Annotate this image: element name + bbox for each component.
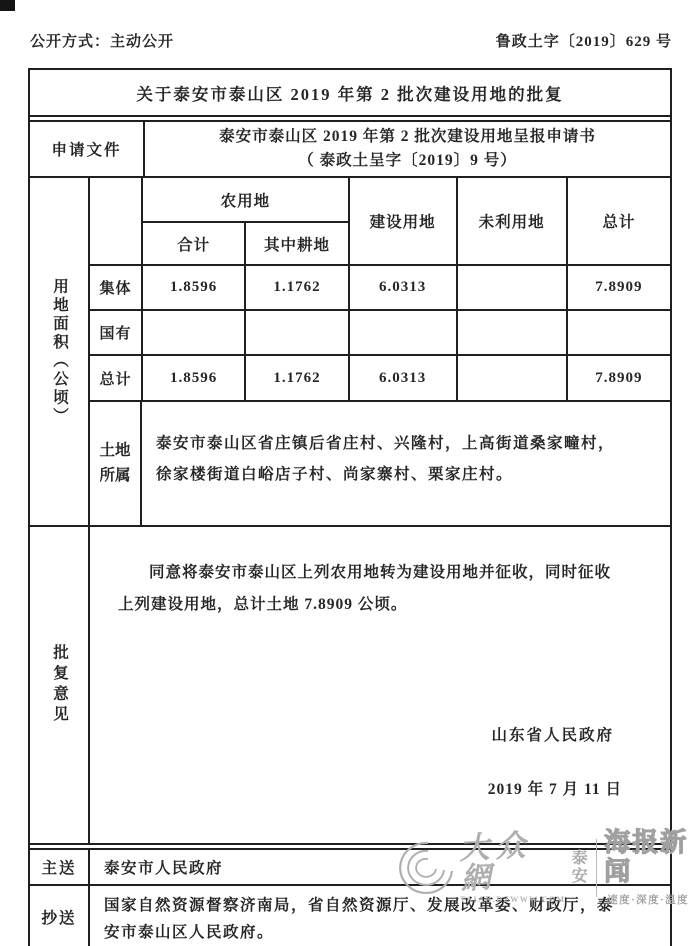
land-belonging-row: 土地所属 泰安市泰山区省庄镇后省庄村、兴隆村，上高街道桑家疃村， 徐家楼街道白峪… (90, 400, 670, 525)
approval-body: 同意将泰安市泰山区上列农用地转为建设用地并征收，同时征收 上列建设用地，总计土地… (118, 557, 628, 621)
dzwww-swirl-logo-icon (394, 837, 458, 899)
stats-header-row-1: 农用地 建设用地 未利用地 总计 (90, 178, 670, 222)
land-area-section-label: 用地面积（公顷） (48, 278, 70, 426)
watermark-city-vertical: 泰 安 (572, 850, 588, 887)
cell-total: 7.8909 (567, 265, 670, 310)
header-agri-total: 合计 (142, 222, 245, 265)
stats-row-total: 总计 1.8596 1.1762 6.0313 7.8909 (90, 355, 670, 400)
application-file-value: 泰安市泰山区 2019 年第 2 批次建设用地呈报申请书 （ 泰政土呈字〔201… (145, 122, 670, 176)
cell-agri-total (142, 310, 245, 355)
copy-recipient-line2: 安市泰山区人民政府。 (104, 919, 656, 946)
main-recipient-label: 主送 (30, 850, 90, 884)
land-belonging-value: 泰安市泰山区省庄镇后省庄村、兴隆村，上高街道桑家疃村， 徐家楼街道白峪店子村、尚… (142, 402, 670, 525)
approval-date: 2019 年 7 月 11 日 (118, 777, 628, 799)
publish-method-label: 公开方式：主动公开 (30, 30, 174, 51)
header-unused: 未利用地 (457, 178, 567, 265)
approval-document-table: 关于泰安市泰山区 2019 年第 2 批次建设用地的批复 申请文件 泰安市泰山区… (28, 68, 672, 946)
watermark-brand-name: 大众網 (459, 829, 568, 894)
approval-body-line2: 上列建设用地，总计土地 7.8909 公顷。 (118, 589, 628, 621)
watermark-brand-url: TAIAN.DZWWW.COM (460, 895, 566, 904)
land-area-section-label-cell: 用地面积（公顷） (30, 178, 90, 525)
stats-row-state-owned: 国有 (90, 310, 670, 355)
application-file-line1: 泰安市泰山区 2019 年第 2 批次建设用地呈报申请书 (219, 125, 596, 149)
row-label: 总计 (90, 355, 142, 400)
row-label: 集体 (90, 265, 142, 310)
watermark-brand-block: 大众網 TAIAN.DZWWW.COM (460, 832, 566, 904)
cell-construction: 6.0313 (349, 265, 457, 310)
copy-recipient-label: 抄送 (30, 886, 90, 946)
approval-opinion-content: 同意将泰安市泰山区上列农用地转为建设用地并征收，同时征收 上列建设用地，总计土地… (90, 527, 670, 843)
row-label: 国有 (90, 310, 142, 355)
watermark-divider (596, 839, 598, 897)
cell-agri-cultivated (245, 310, 348, 355)
land-belonging-line1: 泰安市泰山区省庄镇后省庄村、兴隆村，上高街道桑家疃村， (156, 428, 660, 459)
document-title: 关于泰安市泰山区 2019 年第 2 批次建设用地的批复 (30, 70, 670, 117)
application-file-line2: （ 泰政土呈字〔2019〕9 号） (298, 149, 517, 173)
watermark-city-char2: 安 (572, 868, 588, 886)
header-agricultural-group: 农用地 (142, 178, 349, 222)
cell-agri-cultivated: 1.1762 (245, 355, 348, 400)
land-belonging-label: 土地所属 (90, 402, 142, 525)
land-area-content: 农用地 建设用地 未利用地 总计 合计 其中耕地 集体 1.8596 1.176… (90, 178, 670, 525)
document-meta-row: 公开方式：主动公开 鲁政土字〔2019〕629 号 (30, 30, 672, 51)
watermark-news-name: 海报新闻 (604, 829, 692, 886)
land-area-section: 用地面积（公顷） 农用地 建设用地 未利用地 总计 合计 其中耕地 集体 1.8… (30, 178, 670, 527)
header-total: 总计 (567, 178, 670, 265)
document-number: 鲁政土字〔2019〕629 号 (496, 30, 672, 51)
cell-construction: 6.0313 (349, 355, 457, 400)
cell-unused (457, 265, 567, 310)
header-construction: 建设用地 (349, 178, 457, 265)
cell-agri-total: 1.8596 (142, 265, 245, 310)
stats-corner-cell (90, 178, 142, 265)
approval-signer: 山东省人民政府 (118, 723, 628, 745)
application-file-row: 申请文件 泰安市泰山区 2019 年第 2 批次建设用地呈报申请书 （ 泰政土呈… (30, 120, 670, 178)
watermark-city-char1: 泰 (572, 850, 588, 868)
stats-row-collective: 集体 1.8596 1.1762 6.0313 7.8909 (90, 265, 670, 310)
cell-total: 7.8909 (567, 355, 670, 400)
watermark-news-block: 海报新闻 速度·深度·温度 (604, 829, 692, 907)
land-area-stats-table: 农用地 建设用地 未利用地 总计 合计 其中耕地 集体 1.8596 1.176… (90, 178, 670, 400)
approval-body-line1: 同意将泰安市泰山区上列农用地转为建设用地并征收，同时征收 (118, 557, 628, 589)
approval-opinion-section: 批复意见 同意将泰安市泰山区上列农用地转为建设用地并征收，同时征收 上列建设用地… (30, 527, 670, 845)
application-file-label: 申请文件 (30, 122, 145, 176)
approval-opinion-label-cell: 批复意见 (30, 527, 90, 843)
cell-construction (349, 310, 457, 355)
approval-opinion-label: 批复意见 (48, 644, 70, 726)
cell-unused (457, 310, 567, 355)
land-belonging-line2: 徐家楼街道白峪店子村、尚家寨村、栗家庄村。 (156, 459, 660, 490)
scan-corner-artifact (0, 0, 15, 11)
news-site-watermark: 大众網 TAIAN.DZWWW.COM 泰 安 海报新闻 速度·深度·温度 (394, 830, 692, 906)
cell-unused (457, 355, 567, 400)
cell-total (567, 310, 670, 355)
header-agri-cultivated: 其中耕地 (245, 222, 348, 265)
cell-agri-cultivated: 1.1762 (245, 265, 348, 310)
cell-agri-total: 1.8596 (142, 355, 245, 400)
watermark-news-slogan: 速度·深度·温度 (607, 892, 689, 907)
